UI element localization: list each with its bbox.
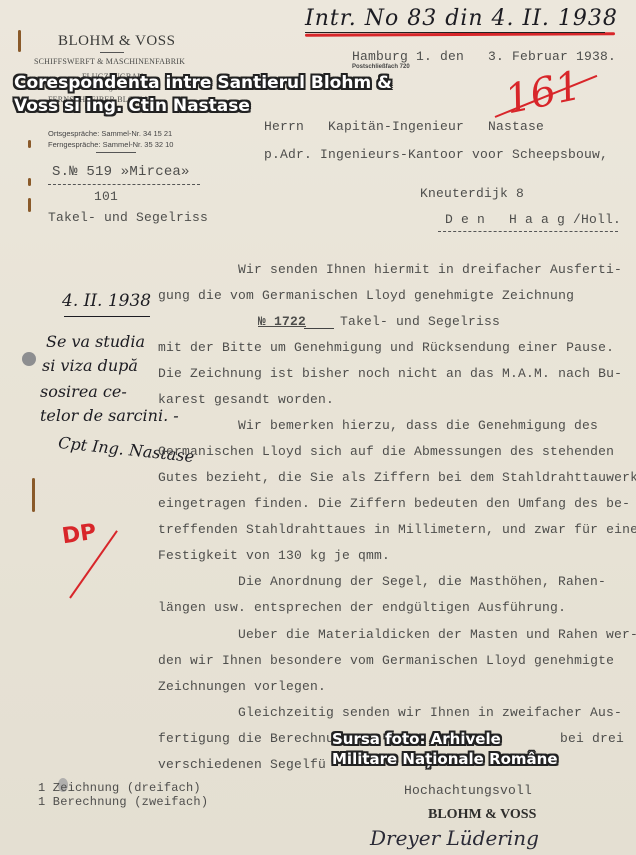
- signature: Dreyer Lüdering: [370, 826, 539, 850]
- company-name: BLOHM & VOSS: [58, 33, 175, 50]
- closing-company: BLOHM & VOSS: [428, 807, 536, 823]
- drawing-number-underline: [304, 328, 334, 329]
- enclosure-item: 1 Berechnung (zweifach): [38, 795, 208, 809]
- red-file-number: 161: [501, 63, 585, 124]
- long-distance-phone: Ferngespräche: Sammel-Nr. 35 32 10: [48, 140, 173, 149]
- overlay-source-line: Militare Naționale Române: [332, 750, 558, 768]
- body-line: Festigkeit von 130 kg je qmm.: [158, 548, 390, 563]
- divider: [100, 52, 124, 53]
- body-line: karest gesandt worden.: [158, 392, 334, 407]
- overlay-source-line: Sursa foto: Arhivele: [332, 730, 501, 748]
- margin-note-line: sosirea ce-: [40, 382, 127, 401]
- overlay-title-line: Corespondenta intre Santierul Blohm &: [14, 73, 392, 93]
- body-line: Germanischen Lloyd sich auf die Abmessun…: [158, 444, 614, 459]
- city-underline: [438, 231, 618, 232]
- ship-reference: S.№ 519 »Mircea»: [52, 164, 190, 180]
- body-line: Wir senden Ihnen hiermit in dreifacher A…: [238, 262, 622, 277]
- rust-mark: [28, 178, 31, 186]
- registry-note: Intr. No 83 din 4. II. 1938: [305, 6, 618, 31]
- rust-mark: [32, 478, 35, 512]
- body-line: längen usw. entsprechen der endgültigen …: [158, 600, 566, 615]
- margin-note-line: si viza după: [42, 356, 138, 375]
- rust-mark: [28, 198, 31, 212]
- local-phone: Ortsgespräche: Sammel-Nr. 34 15 21: [48, 129, 172, 138]
- rust-mark: [18, 30, 21, 52]
- body-line: Wir bemerken hierzu, dass die Genehmigun…: [238, 418, 598, 433]
- margin-note-line: Se va studia: [46, 332, 145, 351]
- divider: [96, 152, 136, 153]
- place-date: Hamburg 1. den 3. Februar 1938.: [352, 49, 616, 64]
- body-line: fertigung die Berechnung: [158, 731, 350, 746]
- postbox: Postschließfach 720: [352, 64, 410, 70]
- company-subtitle: SCHIFFSWERFT & MASCHINENFABRIK: [34, 57, 185, 66]
- red-initials: DP: [60, 520, 98, 550]
- enclosure-item: 1 Zeichnung (dreifach): [38, 781, 201, 795]
- recipient-street: Kneuterdijk 8: [420, 186, 524, 201]
- body-line: gung die vom Germanischen Lloyd genehmig…: [158, 288, 574, 303]
- margin-note-line: telor de sarcini. -: [40, 406, 179, 425]
- margin-date-underline: [64, 316, 150, 317]
- recipient-city: D e n H a a g /Holl.: [445, 212, 621, 227]
- body-line: bei drei: [560, 731, 624, 746]
- body-line: Zeichnungen vorlegen.: [158, 679, 326, 694]
- body-line: Takel- und Segelriss: [340, 314, 500, 329]
- body-line: eingetragen finden. Die Ziffern bedeuten…: [158, 496, 630, 511]
- punch-hole: [22, 352, 36, 366]
- body-line: Die Zeichnung ist bisher noch nicht an d…: [158, 366, 622, 381]
- body-line: Gutes bezieht, die Sie als Ziffern bei d…: [158, 470, 636, 485]
- rust-mark: [28, 140, 31, 148]
- letter-page: BLOHM & VOSS SCHIFFSWERFT & MASCHINENFAB…: [0, 0, 636, 855]
- drawing-number: № 1722: [258, 314, 306, 329]
- body-line: verschiedenen Segelfü: [158, 757, 326, 772]
- recipient-address: p.Adr. Ingenieurs-Kantoor voor Scheepsbo…: [264, 147, 608, 162]
- black-underline: [305, 32, 605, 33]
- recipient-name: Herrn Kapitän-Ingenieur Nastase: [264, 119, 544, 134]
- reference-divider: [48, 184, 200, 185]
- body-line: treffenden Stahldrahttaues in Millimeter…: [158, 522, 636, 537]
- overlay-title-line: Voss si ing. Ctin Nastase: [14, 96, 250, 116]
- body-line: Die Anordnung der Segel, die Masthöhen, …: [238, 574, 606, 589]
- reference-subject: Takel- und Segelriss: [48, 210, 208, 225]
- reference-number: 101: [94, 189, 118, 204]
- closing-greeting: Hochachtungsvoll: [404, 783, 532, 798]
- margin-date: 4. II. 1938: [62, 291, 151, 311]
- body-line: Gleichzeitig senden wir Ihnen in zweifac…: [238, 705, 622, 720]
- body-line: mit der Bitte um Genehmigung und Rücksen…: [158, 340, 614, 355]
- body-line: Ueber die Materialdicken der Masten und …: [238, 627, 636, 642]
- body-line: den wir Ihnen besondere vom Germanischen…: [158, 653, 614, 668]
